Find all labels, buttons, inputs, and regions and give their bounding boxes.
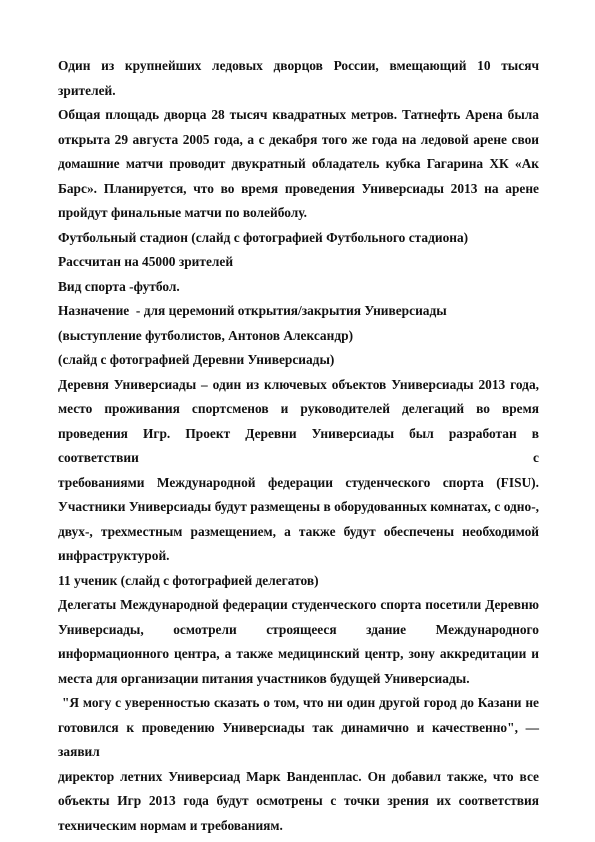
text-line: место проживания спортсменов и руководит…: [58, 397, 539, 422]
text-line: "Я могу с уверенностью сказать о том, чт…: [58, 691, 539, 716]
student-11-note: 11 ученик (слайд с фотографией делегатов…: [58, 569, 539, 594]
text-line: Барс». Планируется, что во время проведе…: [58, 177, 539, 202]
sport-type: Вид спорта -футбол.: [58, 275, 539, 300]
text-line: пройдут финальные матчи по волейболу.: [58, 201, 539, 226]
text-line: директор летних Универсиад Марк Ванденпл…: [58, 765, 539, 790]
text-line: Делегаты Международной федерации студенч…: [58, 593, 539, 618]
paragraph-ice-palace: Один из крупнейших ледовых дворцов Росси…: [58, 54, 539, 226]
text-line: объекты Игр 2013 года будут осмотрены с …: [58, 789, 539, 814]
text-line: Деревня Универсиады – один из ключевых о…: [58, 373, 539, 398]
text-line: открыта 29 августа 2005 года, а с декабр…: [58, 128, 539, 153]
text-line: требованиями Международной федерации сту…: [58, 471, 539, 496]
text-line: домашние матчи проводит двукратный облад…: [58, 152, 539, 177]
text-line: проведения Игр. Проект Деревни Универсиа…: [58, 422, 539, 471]
speaker-note: (выступление футболистов, Антонов Алекса…: [58, 324, 539, 349]
text-line: двух-, трехместным размещением, а также …: [58, 520, 539, 545]
document-page: Один из крупнейших ледовых дворцов Росси…: [58, 54, 539, 838]
text-line: места для организации питания участников…: [58, 667, 539, 692]
text-line: Универсиады, осмотрели строящееся здание…: [58, 618, 539, 643]
text-line: техническим нормам и требованиям.: [58, 814, 539, 839]
text-line: Общая площадь дворца 28 тысяч квадратных…: [58, 103, 539, 128]
text-line: Участники Универсиады будут размещены в …: [58, 495, 539, 520]
text-line: инфраструктурой.: [58, 544, 539, 569]
stadium-purpose: Назначение - для церемоний открытия/закр…: [58, 299, 539, 324]
stadium-capacity: Рассчитан на 45000 зрителей: [58, 250, 539, 275]
text-line: готовился к проведению Универсиады так д…: [58, 716, 539, 765]
text-line: информационного центра, а также медицинс…: [58, 642, 539, 667]
football-stadium-heading: Футбольный стадион (слайд с фотографией …: [58, 226, 539, 251]
village-slide-note: (слайд с фотографией Деревни Универсиады…: [58, 348, 539, 373]
text-line: Один из крупнейших ледовых дворцов Росси…: [58, 54, 539, 103]
paragraph-quote: "Я могу с уверенностью сказать о том, чт…: [58, 691, 539, 838]
paragraph-village: Деревня Универсиады – один из ключевых о…: [58, 373, 539, 569]
paragraph-delegates: Делегаты Международной федерации студенч…: [58, 593, 539, 691]
